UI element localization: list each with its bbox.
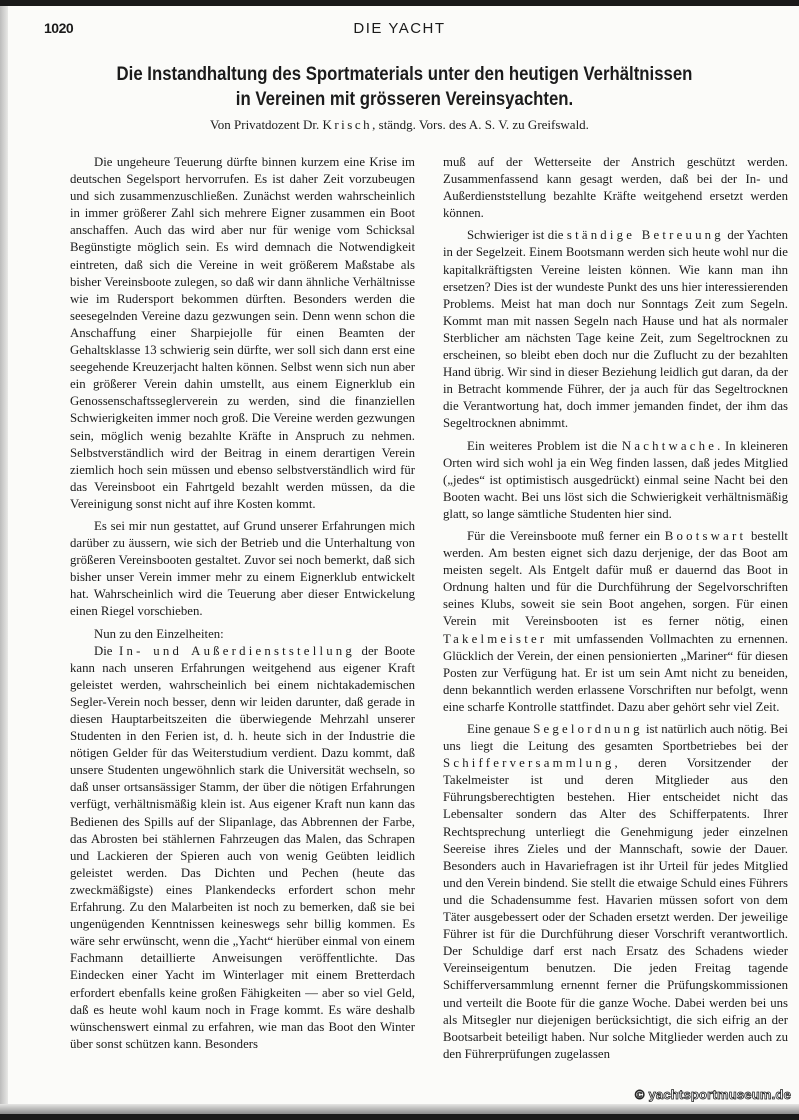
- text-run: Schwieriger ist die: [467, 228, 567, 242]
- paragraph: Eine genaue Segelordnung ist natürlich a…: [443, 721, 788, 1063]
- article-title-line-2: in Vereinen mit grösseren Vereinsyachten…: [82, 87, 726, 112]
- text-run: Für die Vereinsboote muß ferner ein: [467, 529, 665, 543]
- byline-suffix: , ständg. Vors. des A. S. V. zu Greifswa…: [372, 117, 589, 132]
- emphasized-term: Bootswart: [665, 529, 746, 543]
- paragraph: Die In- und Außerdienststellung der Boot…: [70, 643, 415, 1053]
- page-bottom-edge: [0, 1104, 799, 1114]
- article-title: Die Instandhaltung des Sportmaterials un…: [82, 62, 726, 112]
- text-run: bestellt werden. Am besten eignet sich d…: [443, 529, 788, 628]
- right-column: muß auf der Wetterseite der Anstrich ges…: [443, 154, 788, 1063]
- text-run: der Boote kann nach unseren Erfahrungen …: [70, 644, 415, 1051]
- scanned-page: 1020 DIE YACHT Die Instandhaltung des Sp…: [0, 6, 799, 1114]
- text-run: Ein weiteres Problem ist die: [467, 439, 622, 453]
- paragraph: muß auf der Wetterseite der Anstrich ges…: [443, 154, 788, 222]
- emphasized-term: Segelordnung: [533, 722, 642, 736]
- article-title-line-1: Die Instandhaltung des Sportmaterials un…: [82, 62, 726, 87]
- paragraph: Nun zu den Einzelheiten:: [70, 626, 415, 643]
- paragraph: Schwieriger ist die ständige Betreuung d…: [443, 227, 788, 432]
- emphasized-term: ständige Betreuung: [567, 228, 724, 242]
- paragraph: Ein weiteres Problem ist die Nachtwache.…: [443, 438, 788, 523]
- left-column: Die ungeheure Teuerung dürfte binnen kur…: [70, 154, 415, 1053]
- journal-title: DIE YACHT: [0, 20, 799, 37]
- emphasized-term: In- und Außerdienststellung: [119, 644, 355, 658]
- text-run: Die: [94, 644, 119, 658]
- paragraph: Die ungeheure Teuerung dürfte binnen kur…: [70, 154, 415, 513]
- paragraph: Es sei mir nun gestattet, auf Grund unse…: [70, 518, 415, 621]
- paragraph: Für die Vereinsboote muß ferner ein Boot…: [443, 528, 788, 716]
- byline: Von Privatdozent Dr. Krisch, ständg. Vor…: [0, 117, 799, 133]
- text-run: , deren Vorsitzender der Takelmeister is…: [443, 756, 788, 1061]
- page-edge-shadow: [0, 6, 8, 1114]
- byline-prefix: Von Privatdozent Dr.: [210, 117, 322, 132]
- text-run: der Yachten in der Segelzeit. Einem Boot…: [443, 228, 788, 430]
- emphasized-term: Nachtwache: [622, 439, 717, 453]
- text-run: Eine genaue: [467, 722, 533, 736]
- copyright-watermark: © yachtsportmuseum.de: [635, 1087, 791, 1102]
- emphasized-term: Takelmeister: [443, 632, 547, 646]
- emphasized-term: Schifferversammlung: [443, 756, 614, 770]
- byline-author: Krisch: [322, 117, 372, 132]
